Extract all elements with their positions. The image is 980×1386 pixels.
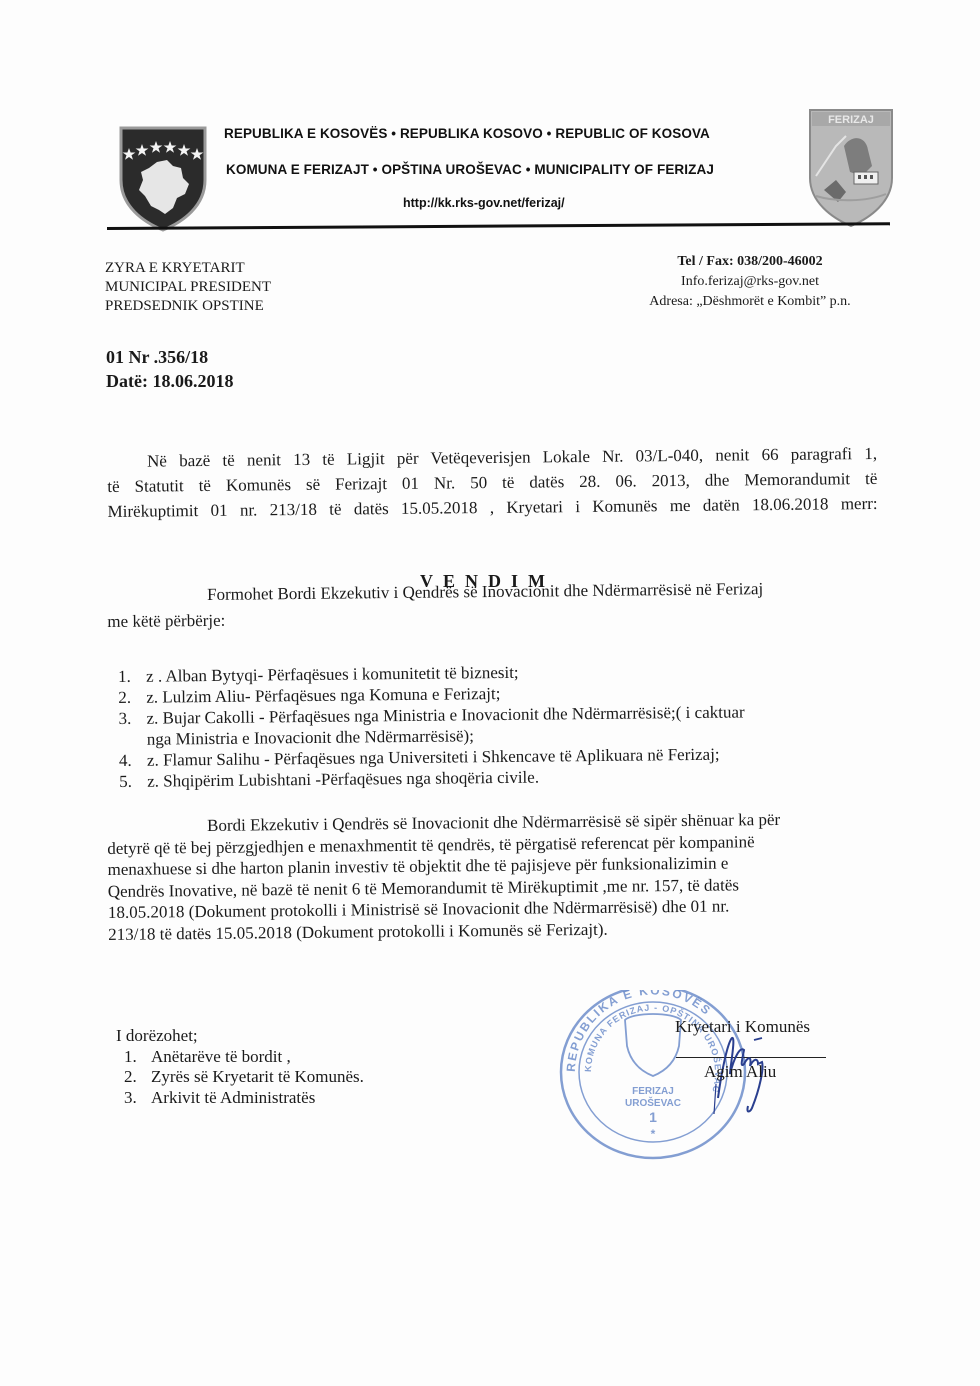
contact-tel: Tel / Fax: 038/200-46002	[630, 252, 870, 272]
list-item: 3. Arkivit të Administratës	[124, 1088, 364, 1109]
reference-block: 01 Nr .356/18 Datë: 18.06.2018	[106, 345, 233, 393]
svg-text:1: 1	[649, 1109, 657, 1125]
preamble-paragraph: Në bazë të nenit 13 të Ligjit për Vetëqe…	[107, 444, 878, 527]
header-republic-line: REPUBLIKA E KOSOVËS • REPUBLIKA KOSOVO •…	[224, 126, 710, 141]
duties-paragraph: Bordi Ekzekutiv i Qendrës së Inovacionit…	[107, 809, 868, 946]
office-line: PREDSEDNIK OPSTINE	[105, 297, 271, 316]
members-list: 1. z . Alban Bytyqi- Përfaqësues i komun…	[118, 660, 745, 793]
office-line: MUNICIPAL PRESIDENT	[105, 278, 271, 297]
delivery-title: I dorëzohet;	[116, 1026, 364, 1047]
list-item: 1. Anëtarëve të bordit ,	[124, 1047, 364, 1068]
formation-paragraph: Formohet Bordi Ekzekutiv i Qendrës së In…	[107, 578, 883, 638]
header-website-link[interactable]: http://kk.rks-gov.net/ferizaj/	[403, 196, 565, 210]
contact-email[interactable]: Info.ferizaj@rks-gov.net	[630, 272, 870, 292]
document-page: REPUBLIKA E KOSOVËS • REPUBLIKA KOSOVO •…	[0, 0, 980, 1386]
header-municipality-line: KOMUNA E FERIZAJT • OPŠTINA UROŠEVAC • M…	[226, 162, 714, 177]
reference-date: Datë: 18.06.2018	[106, 369, 233, 393]
kosovo-coat-of-arms-icon	[117, 122, 209, 232]
office-block: ZYRA E KRYETARIT MUNICIPAL PRESIDENT PRE…	[105, 259, 271, 316]
delivery-list: I dorëzohet; 1. Anëtarëve të bordit , 2.…	[124, 1026, 364, 1108]
svg-text:FERIZAJ: FERIZAJ	[828, 114, 874, 126]
header-divider	[107, 222, 890, 230]
signatory-name: Agim Aliu	[704, 1062, 776, 1082]
svg-text:FERIZAJ: FERIZAJ	[632, 1086, 674, 1097]
ferizaj-emblem-icon: FERIZAJ	[806, 106, 896, 230]
svg-text:*: *	[651, 1127, 656, 1141]
office-line: ZYRA E KRYETARIT	[105, 259, 271, 278]
contact-block: Tel / Fax: 038/200-46002 Info.ferizaj@rk…	[630, 252, 870, 312]
contact-address: Adresa: „Dëshmorët e Kombit” p.n.	[630, 292, 870, 312]
reference-number: 01 Nr .356/18	[106, 345, 233, 369]
list-item: 2. Zyrës së Kryetarit të Komunës.	[124, 1067, 364, 1088]
svg-text:UROŠEVAC: UROŠEVAC	[625, 1096, 681, 1109]
